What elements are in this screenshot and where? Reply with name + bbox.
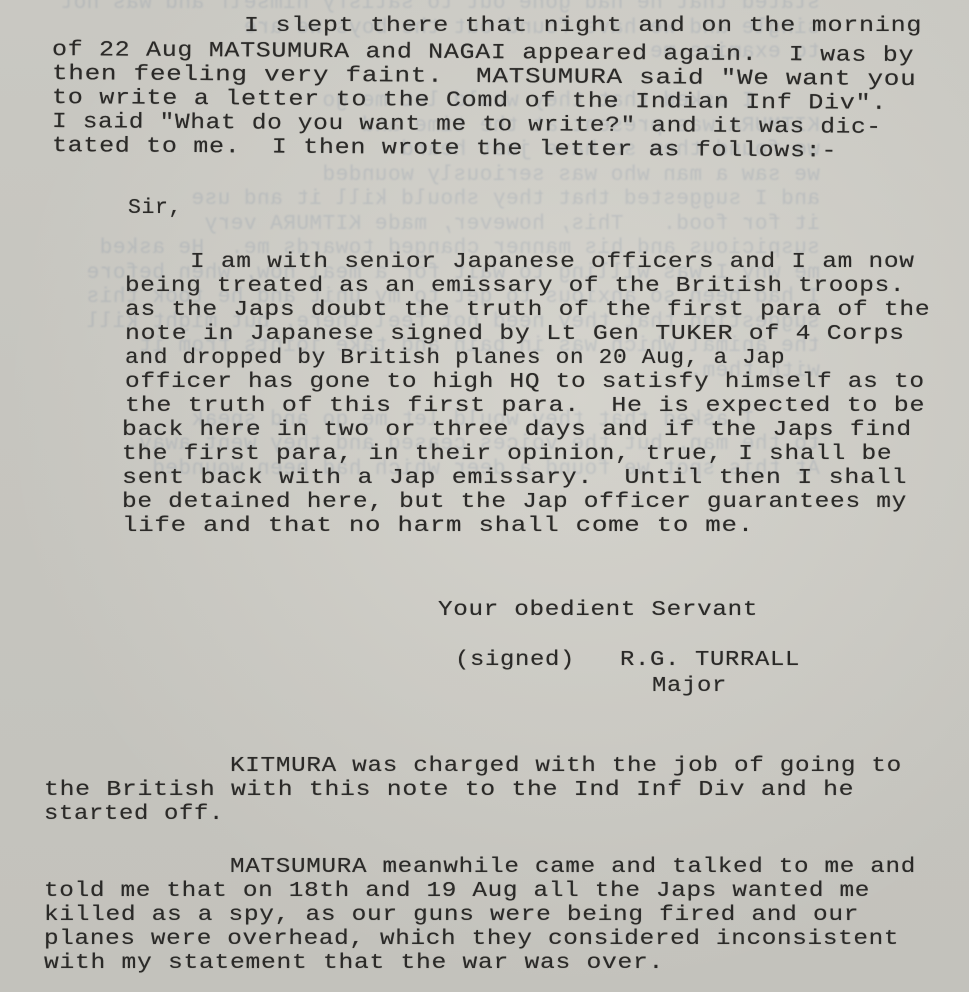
document-page: stated that he had gone out to satisfy h…: [0, 0, 969, 992]
paragraph-3-line-1: MATSUMURA meanwhile came and talked to m…: [230, 855, 916, 879]
letter-closing: Your obedient Servant: [438, 598, 758, 622]
letter-body-line-5: and dropped by British planes on 20 Aug,…: [125, 346, 785, 370]
letter-body-line-4: note in Japanese signed by Lt Gen TUKER …: [125, 322, 905, 346]
letter-body-line-8: back here in two or three days and if th…: [122, 418, 912, 442]
paragraph-3-line-4: planes were overhead, which they conside…: [44, 927, 899, 951]
letter-rank: Major: [652, 674, 727, 698]
paragraph-2-line-1: KITMURA was charged with the job of goin…: [230, 754, 902, 778]
paragraph-3-line-3: killed as a spy, as our guns were being …: [44, 903, 859, 927]
paragraph-1-line-1: I slept there that night and on the morn…: [244, 14, 922, 38]
letter-body-line-1: I am with senior Japanese officers and I…: [190, 250, 915, 274]
letter-signature: (signed) R.G. TURRALL: [455, 648, 800, 672]
letter-body-line-10: sent back with a Jap emissary. Until the…: [122, 466, 907, 490]
letter-salutation: Sir,: [128, 196, 182, 220]
letter-body-line-6: officer has gone to high HQ to satisfy h…: [125, 370, 925, 394]
letter-body-line-12: life and that no harm shall come to me.: [122, 514, 754, 538]
paragraph-2-line-2: the British with this note to the Ind In…: [44, 778, 854, 802]
letter-body-line-9: the first para, in their opinion, true, …: [122, 442, 892, 466]
paragraph-3-line-2: told me that on 18th and 19 Aug all the …: [44, 879, 870, 903]
paragraph-3-line-5: with my statement that the war was over.: [44, 951, 664, 975]
letter-body-line-11: be detained here, but the Jap officer gu…: [122, 490, 907, 514]
letter-body-line-7: the truth of this first para. He is expe…: [125, 394, 925, 418]
paragraph-2-line-3: started off.: [44, 802, 224, 826]
letter-body-line-3: as the Japs doubt the truth of the first…: [125, 298, 930, 322]
letter-body-line-2: being treated as an emissary of the Brit…: [125, 274, 905, 298]
